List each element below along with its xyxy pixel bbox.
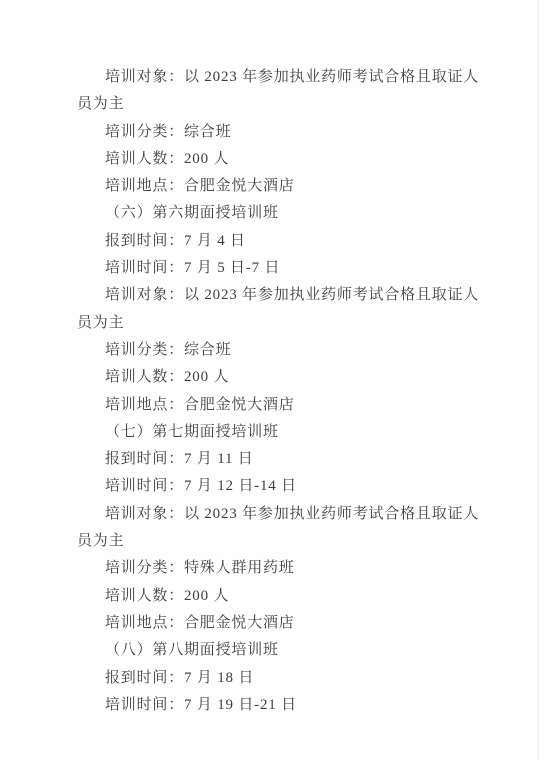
document-text-block: 培训对象：以 2023 年参加执业药师考试合格且取证人 员为主 培训分类：综合班… — [77, 64, 498, 719]
doc-line: 员为主 — [77, 310, 498, 337]
doc-line: 培训人数：200 人 — [77, 583, 498, 610]
document-page: 培训对象：以 2023 年参加执业药师考试合格且取证人 员为主 培训分类：综合班… — [0, 0, 539, 760]
doc-line: 培训分类：综合班 — [77, 119, 498, 146]
doc-line: 培训时间：7 月 19 日-21 日 — [77, 692, 498, 719]
doc-line: 培训分类：特殊人群用药班 — [77, 555, 498, 582]
doc-line: 培训对象：以 2023 年参加执业药师考试合格且取证人 — [77, 501, 498, 528]
doc-line: 培训分类：综合班 — [77, 337, 498, 364]
doc-line: 培训人数：200 人 — [77, 364, 498, 391]
doc-line: 报到时间：7 月 11 日 — [77, 446, 498, 473]
doc-line: 培训人数：200 人 — [77, 146, 498, 173]
doc-section-heading: （八）第八期面授培训班 — [77, 637, 498, 664]
doc-line: 培训地点：合肥金悦大酒店 — [77, 173, 498, 200]
doc-line: 培训时间：7 月 12 日-14 日 — [77, 473, 498, 500]
doc-line: 员为主 — [77, 91, 498, 118]
doc-line: 报到时间：7 月 4 日 — [77, 228, 498, 255]
doc-line: 培训时间：7 月 5 日-7 日 — [77, 255, 498, 282]
doc-section-heading: （七）第七期面授培训班 — [77, 419, 498, 446]
doc-line: 培训地点：合肥金悦大酒店 — [77, 392, 498, 419]
doc-line: 培训对象：以 2023 年参加执业药师考试合格且取证人 — [77, 282, 498, 309]
doc-line: 培训对象：以 2023 年参加执业药师考试合格且取证人 — [77, 64, 498, 91]
doc-line: 培训地点：合肥金悦大酒店 — [77, 610, 498, 637]
doc-line: 报到时间：7 月 18 日 — [77, 665, 498, 692]
doc-section-heading: （六）第六期面授培训班 — [77, 200, 498, 227]
doc-line: 员为主 — [77, 528, 498, 555]
